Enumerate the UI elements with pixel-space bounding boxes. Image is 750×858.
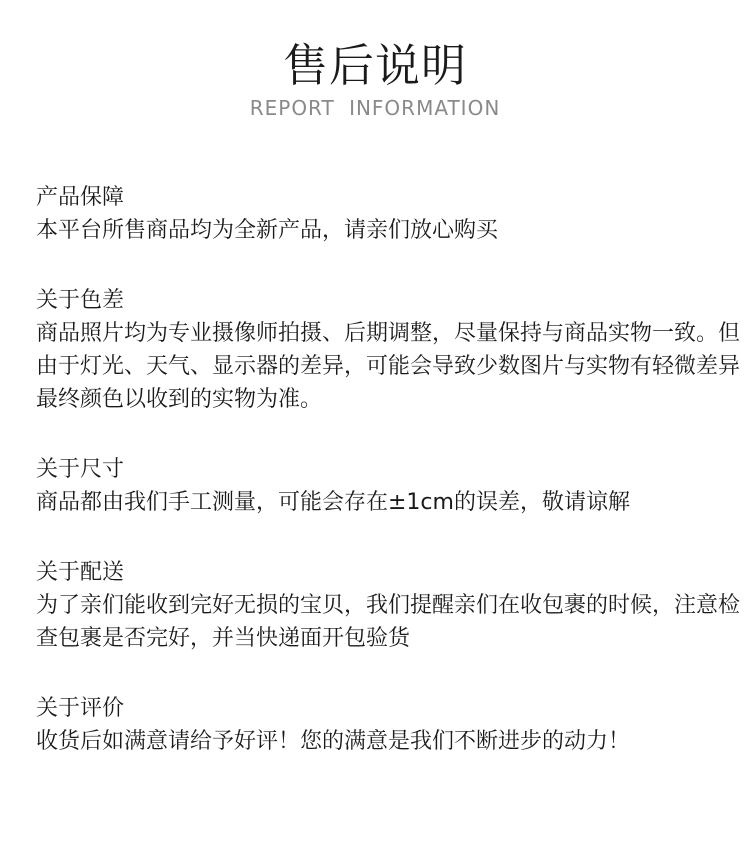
section-text-line: 为了亲们能收到完好无损的宝贝，我们提醒亲们在收包裹的时候，注意检 [36,589,714,622]
page-title: 售后说明 [0,42,750,89]
section-delivery: 关于配送 为了亲们能收到完好无损的宝贝，我们提醒亲们在收包裹的时候，注意检 查包… [36,556,714,655]
page-header: 售后说明 REPORT INFORMATION [0,0,750,120]
section-product-guarantee: 产品保障 本平台所售商品均为全新产品，请亲们放心购买 [36,181,714,247]
section-size: 关于尺寸 商品都由我们手工测量，可能会存在±1cm的误差，敬请谅解 [36,453,714,519]
section-heading: 关于尺寸 [36,453,714,486]
section-heading: 关于评价 [36,692,714,725]
section-text-line: 商品都由我们手工测量，可能会存在±1cm的误差，敬请谅解 [36,486,714,519]
section-review: 关于评价 收货后如满意请给予好评！您的满意是我们不断进步的动力！ [36,692,714,758]
section-text-line: 查包裹是否完好，并当快递面开包验货 [36,622,714,655]
section-text-line: 本平台所售商品均为全新产品，请亲们放心购买 [36,214,714,247]
page-content: 产品保障 本平台所售商品均为全新产品，请亲们放心购买 关于色差 商品照片均为专业… [0,181,750,758]
section-heading: 产品保障 [36,181,714,214]
section-heading: 关于色差 [36,284,714,317]
section-text-line: 由于灯光、天气、显示器的差异，可能会导致少数图片与实物有轻微差异 [36,350,714,383]
section-color-difference: 关于色差 商品照片均为专业摄像师拍摄、后期调整，尽量保持与商品实物一致。但 由于… [36,284,714,416]
section-text-line: 商品照片均为专业摄像师拍摄、后期调整，尽量保持与商品实物一致。但 [36,317,714,350]
section-text-line: 最终颜色以收到的实物为准。 [36,383,714,416]
section-text-line: 收货后如满意请给予好评！您的满意是我们不断进步的动力！ [36,725,714,758]
section-heading: 关于配送 [36,556,714,589]
page-subtitle: REPORT INFORMATION [0,96,750,120]
after-sales-info-page: 售后说明 REPORT INFORMATION 产品保障 本平台所售商品均为全新… [0,0,750,858]
